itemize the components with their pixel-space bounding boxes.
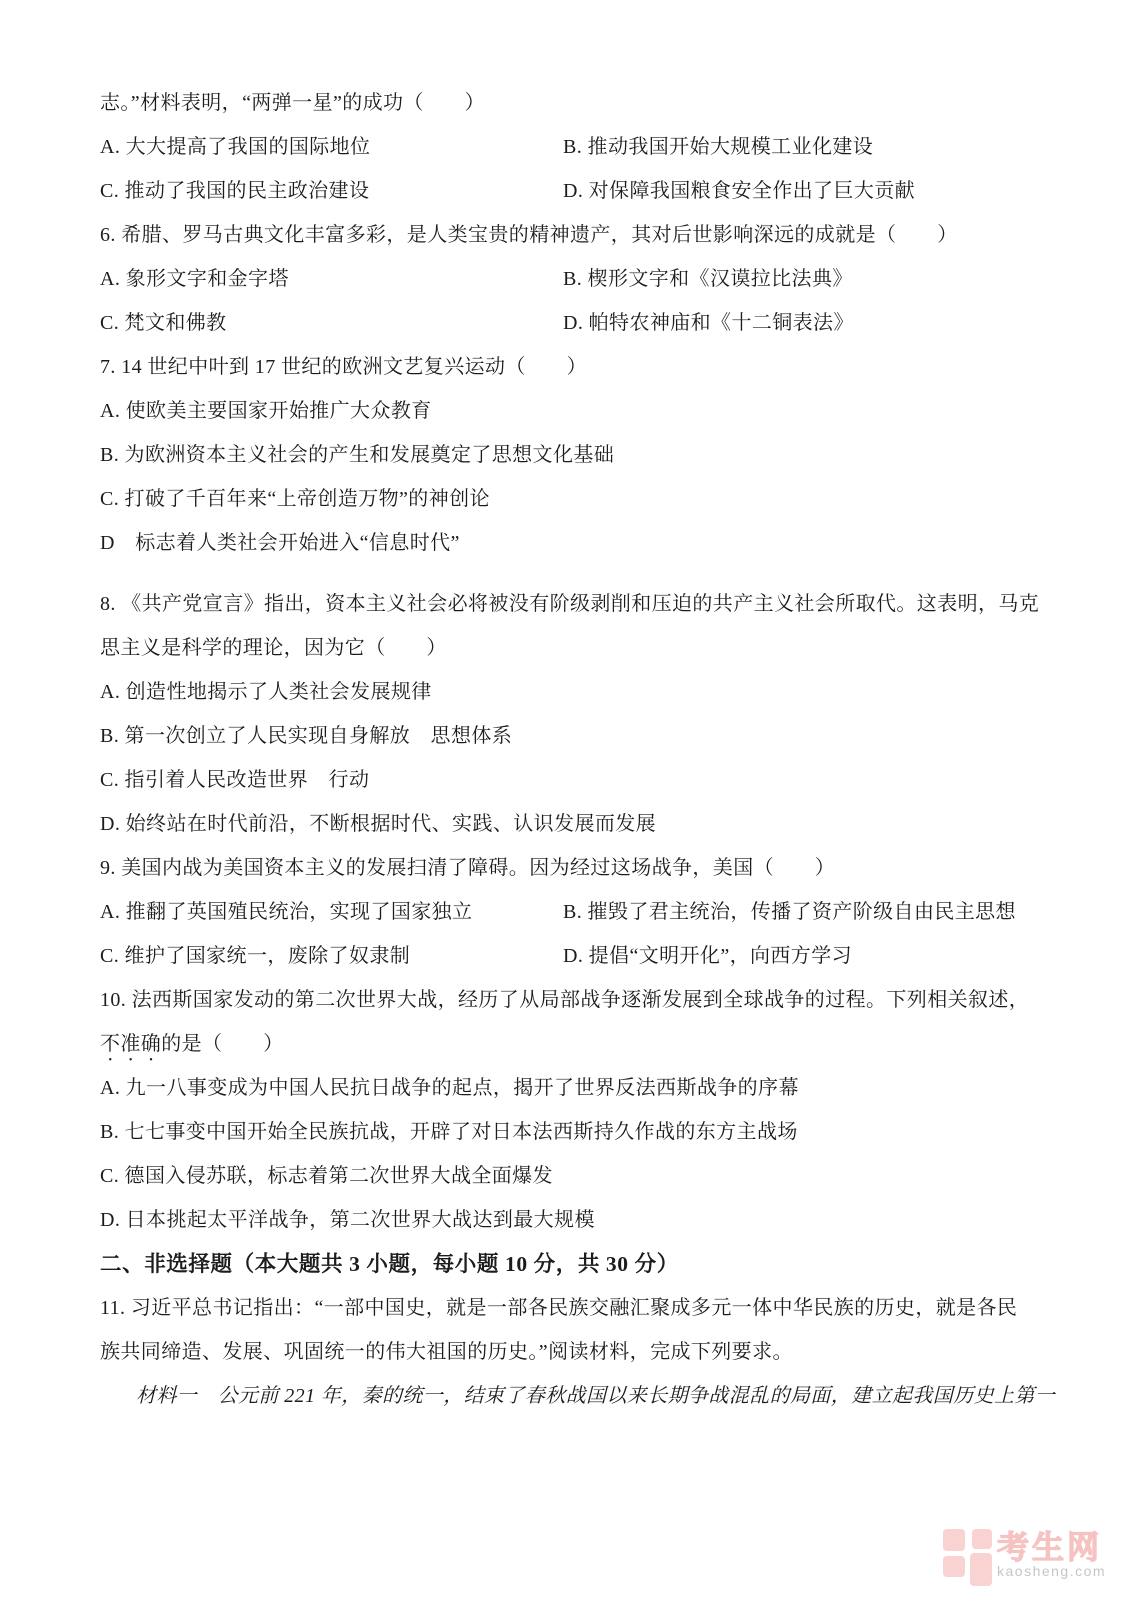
q10-emphasized-text: 不准确 bbox=[100, 1033, 161, 1055]
q9-option-c: C. 维护了国家统一，废除了奴隶制 bbox=[100, 934, 563, 978]
watermark-text: 考生网 kaosheng.com bbox=[997, 1530, 1106, 1579]
q10-stem-line1: 10. 法西斯国家发动的第二次世界大战，经历了从局部战争逐渐发展到全球战争的过程… bbox=[100, 978, 1038, 1022]
q7-option-d: D 标志着人类社会开始进入“信息时代” bbox=[100, 521, 1038, 565]
q5-options-row-cd: C. 推动了我国的民主政治建设 D. 对保障我国粮食安全作出了巨大贡献 bbox=[100, 169, 1038, 213]
q10-stem-line2: 不准确的是（ ） bbox=[100, 1022, 1038, 1066]
q7-option-c: C. 打破了千百年来“上帝创造万物”的神创论 bbox=[100, 477, 1038, 521]
q8-option-a: A. 创造性地揭示了人类社会发展规律 bbox=[100, 670, 1038, 714]
q7-option-a: A. 使欧美主要国家开始推广大众教育 bbox=[100, 389, 1038, 433]
q6-option-b: B. 楔形文字和《汉谟拉比法典》 bbox=[563, 257, 1038, 301]
exam-body: 志。”材料表明，“两弹一星”的成功（ ） A. 大大提高了我国的国际地位 B. … bbox=[100, 81, 1038, 1418]
q8-option-b: B. 第一次创立了人民实现自身解放 思想体系 bbox=[100, 714, 1038, 758]
exam-page: 志。”材料表明，“两弹一星”的成功（ ） A. 大大提高了我国的国际地位 B. … bbox=[0, 0, 1131, 1600]
q9-options-row-cd: C. 维护了国家统一，废除了奴隶制 D. 提倡“文明开化”，向西方学习 bbox=[100, 934, 1038, 978]
q5-option-c: C. 推动了我国的民主政治建设 bbox=[100, 169, 563, 213]
q10-option-b: B. 七七事变中国开始全民族抗战，开辟了对日本法西斯持久作战的东方主战场 bbox=[100, 1110, 1038, 1154]
q6-option-d: D. 帕特农神庙和《十二铜表法》 bbox=[563, 301, 1038, 345]
q6-option-c: C. 梵文和佛教 bbox=[100, 301, 563, 345]
q7-stem: 7. 14 世纪中叶到 17 世纪的欧洲文艺复兴运动（ ） bbox=[100, 345, 1038, 389]
q8-option-d: D. 始终站在时代前沿，不断根据时代、实践、认识发展而发展 bbox=[100, 802, 1038, 846]
q5-option-b: B. 推动我国开始大规模工业化建设 bbox=[563, 125, 1038, 169]
q10-option-a: A. 九一八事变成为中国人民抗日战争的起点，揭开了世界反法西斯战争的序幕 bbox=[100, 1066, 1038, 1110]
q10-option-d: D. 日本挑起太平洋战争，第二次世界大战达到最大规模 bbox=[100, 1198, 1038, 1242]
q5-stem-tail: 志。”材料表明，“两弹一星”的成功（ ） bbox=[100, 81, 1038, 125]
q9-option-b: B. 摧毁了君主统治，传播了资产阶级自由民主思想 bbox=[563, 890, 1038, 934]
watermark-brand: 考生网 bbox=[997, 1530, 1106, 1564]
q6-option-a: A. 象形文字和金字塔 bbox=[100, 257, 563, 301]
q10-stem-line2-rest: 的是（ ） bbox=[161, 1033, 283, 1055]
q7-option-b: B. 为欧洲资本主义社会的产生和发展奠定了思想文化基础 bbox=[100, 433, 1038, 477]
watermark-domain: kaosheng.com bbox=[997, 1564, 1106, 1579]
q6-stem: 6. 希腊、罗马古典文化丰富多彩，是人类宝贵的精神遗产，其对后世影响深远的成就是… bbox=[100, 213, 1038, 257]
q5-option-d: D. 对保障我国粮食安全作出了巨大贡献 bbox=[563, 169, 1038, 213]
q8-stem-line2: 思主义是科学的理论，因为它（ ） bbox=[100, 626, 1038, 670]
q11-material-1-line: 材料一 公元前 221 年，秦的统一，结束了春秋战国以来长期争战混乱的局面，建立… bbox=[100, 1374, 1038, 1418]
q8-stem-line1: 8. 《共产党宣言》指出，资本主义社会必将被没有阶级剥削和压迫的共产主义社会所取… bbox=[100, 582, 1038, 626]
q5-option-a: A. 大大提高了我国的国际地位 bbox=[100, 125, 563, 169]
kaosheng-logo-icon bbox=[943, 1529, 995, 1586]
q9-stem: 9. 美国内战为美国资本主义的发展扫清了障碍。因为经过这场战争，美国（ ） bbox=[100, 846, 1038, 890]
q10-option-c: C. 德国入侵苏联，标志着第二次世界大战全面爆发 bbox=[100, 1154, 1038, 1198]
q9-option-d: D. 提倡“文明开化”，向西方学习 bbox=[563, 934, 1038, 978]
q9-options-row-ab: A. 推翻了英国殖民统治，实现了国家独立 B. 摧毁了君主统治，传播了资产阶级自… bbox=[100, 890, 1038, 934]
q11-stem-line1: 11. 习近平总书记指出：“一部中国史，就是一部各民族交融汇聚成多元一体中华民族… bbox=[100, 1286, 1038, 1330]
section-2-heading: 二、非选择题（本大题共 3 小题，每小题 10 分，共 30 分） bbox=[100, 1242, 1038, 1286]
q8-option-c: C. 指引着人民改造世界 行动 bbox=[100, 758, 1038, 802]
q5-options-row-ab: A. 大大提高了我国的国际地位 B. 推动我国开始大规模工业化建设 bbox=[100, 125, 1038, 169]
q9-option-a: A. 推翻了英国殖民统治，实现了国家独立 bbox=[100, 890, 563, 934]
q6-options-row-ab: A. 象形文字和金字塔 B. 楔形文字和《汉谟拉比法典》 bbox=[100, 257, 1038, 301]
q11-stem-line2: 族共同缔造、发展、巩固统一的伟大祖国的历史。”阅读材料，完成下列要求。 bbox=[100, 1330, 1038, 1374]
q6-options-row-cd: C. 梵文和佛教 D. 帕特农神庙和《十二铜表法》 bbox=[100, 301, 1038, 345]
kaosheng-watermark: 考生网 kaosheng.com bbox=[943, 1529, 1131, 1589]
